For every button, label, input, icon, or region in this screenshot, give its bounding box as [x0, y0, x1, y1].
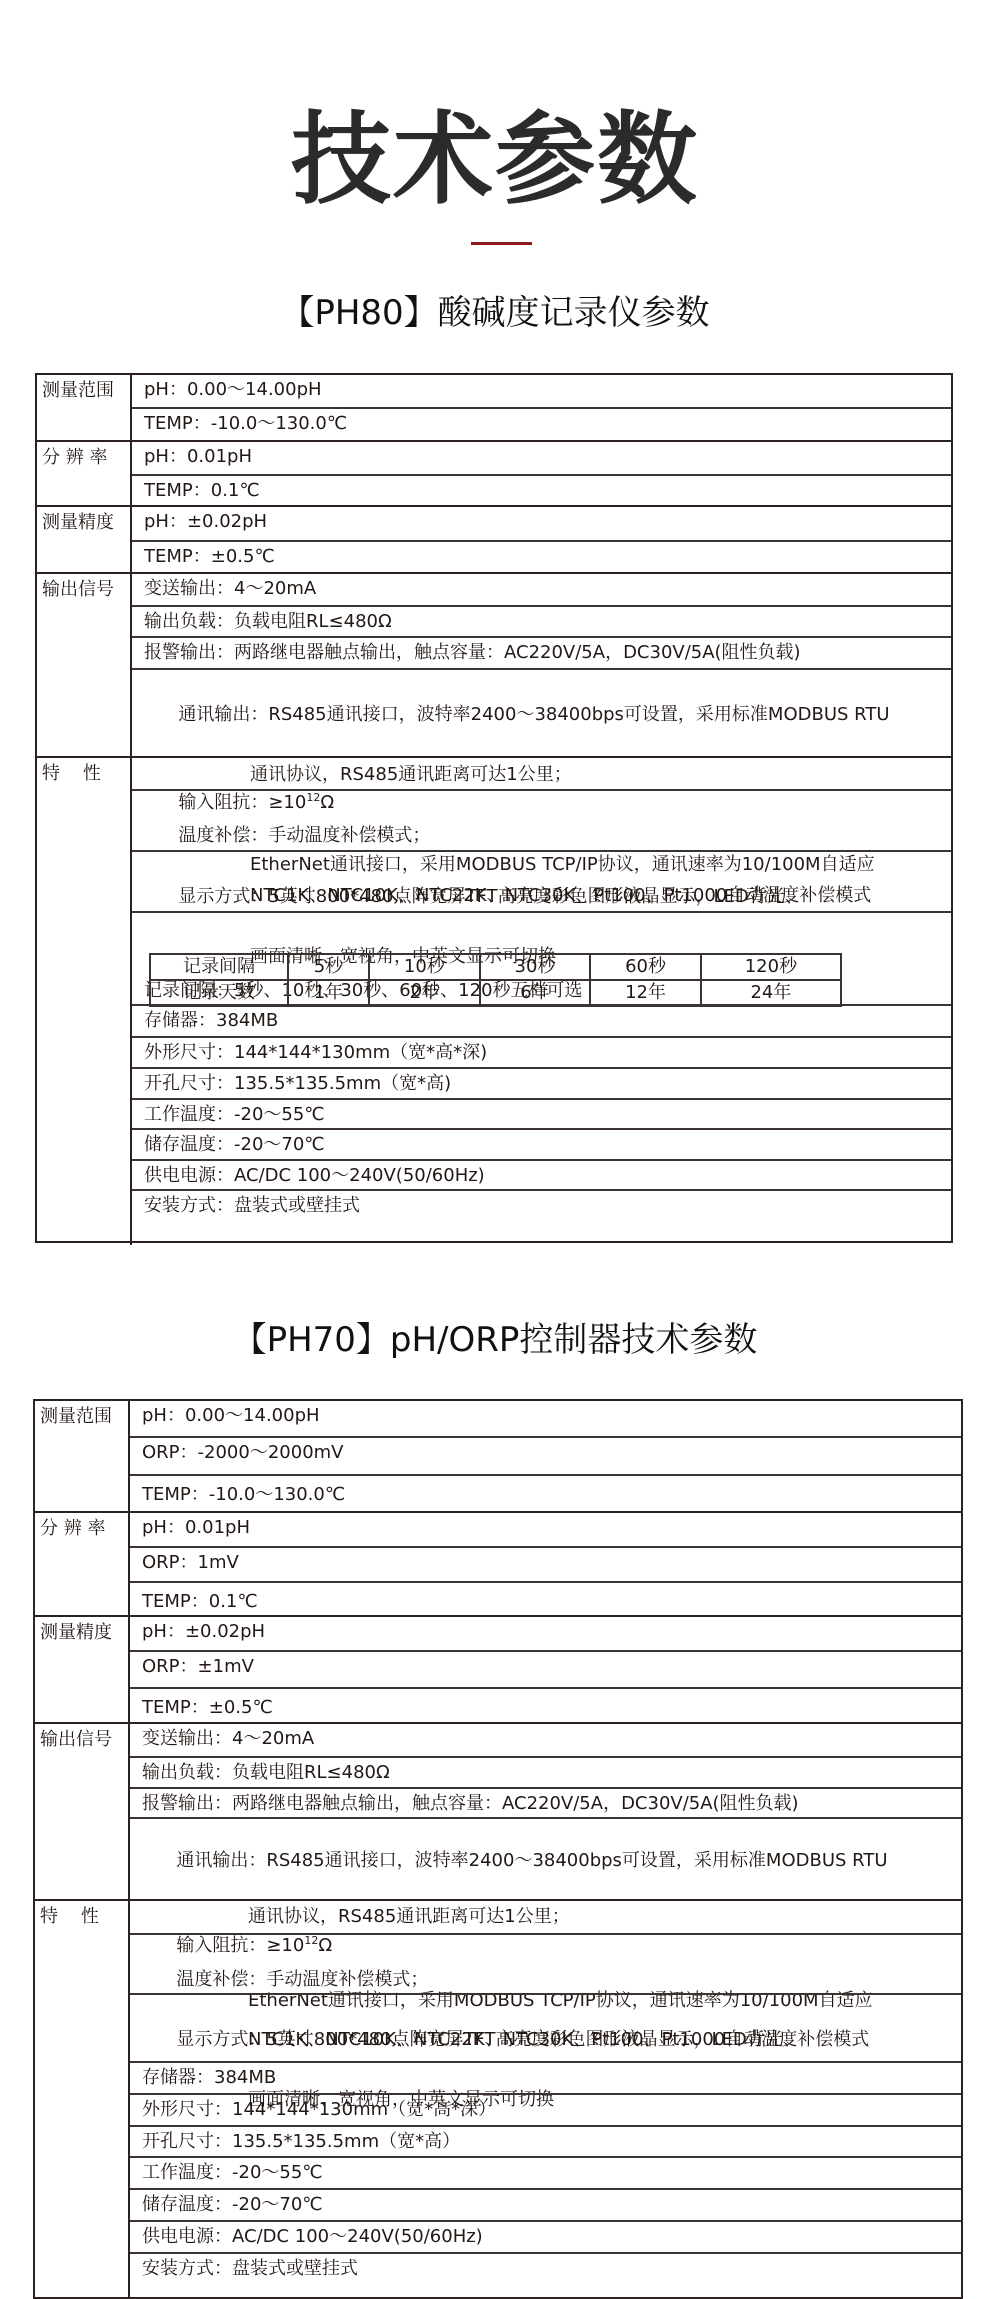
spec-row: TEMP：±0.5℃ [132, 540, 951, 574]
record-cell: 12年 [590, 980, 701, 1006]
spec-row: ORP：±1mV [130, 1650, 961, 1687]
section-label: 输出信号 [35, 1724, 130, 1899]
record-cell: 2年 [369, 980, 480, 1006]
spec-row-display: 显示方式：5英寸800*480点阵宽屏TFT高亮度彩色图形液晶显示，LED背光、… [132, 850, 951, 911]
spec-row: 安装方式：盘装式或壁挂式 [130, 2252, 961, 2299]
ph80-section-features: 特 性 输入阻抗：≥1012Ω 温度补偿：手动温度补偿模式； NTC1K、NTC… [37, 756, 951, 1245]
ph80-section-accuracy: 测量精度 pH：±0.02pH TEMP：±0.5℃ [37, 505, 951, 572]
spec-row-temp-comp: 温度补偿：手动温度补偿模式； NTC1K、NTC10K、NTC22K、NTC30… [130, 1933, 961, 1993]
record-cell: 5秒 [288, 954, 369, 980]
spec-row: pH：0.00～14.00pH [132, 375, 951, 407]
spec-row: 工作温度：-20～55℃ [130, 2156, 961, 2188]
spec-row-comm: 通讯输出：RS485通讯接口，波特率2400～38400bps可设置，采用标准M… [132, 668, 951, 758]
display-line: 5英寸800*480点阵宽屏TFT高亮度彩色图形液晶显示，LED背光、 [266, 2029, 800, 2050]
display-key: 显示方式： [176, 2025, 266, 2055]
page-title: 技术参数 [0, 100, 990, 220]
spec-row: TEMP：-10.0～130.0℃ [132, 407, 951, 440]
temp-comp-line: 手动温度补偿模式； [266, 1969, 428, 1990]
ph80-title: 【PH80】酸碱度记录仪参数 [0, 291, 990, 335]
display-line: 5英寸800*480点阵宽屏TFT高亮度彩色图形液晶显示，LED背光、 [268, 886, 802, 907]
ph80-spec-table: 测量范围 pH：0.00～14.00pH TEMP：-10.0～130.0℃ 分… [35, 373, 953, 1243]
display-key: 显示方式： [178, 882, 268, 912]
section-label: 特 性 [37, 758, 132, 1245]
ph80-section-resolution: 分 辨 率 pH：0.01pH TEMP：0.1℃ [37, 440, 951, 505]
section-label: 测量精度 [37, 507, 132, 572]
temp-comp-key: 温度补偿： [178, 821, 268, 851]
record-cell: 10秒 [369, 954, 480, 980]
spec-row-comm: 通讯输出：RS485通讯接口，波特率2400～38400bps可设置，采用标准M… [130, 1817, 961, 1901]
spec-row: pH：±0.02pH [132, 507, 951, 540]
spec-row: 工作温度：-20～55℃ [132, 1098, 951, 1128]
section-label: 测量范围 [37, 375, 132, 440]
ph80-section-range: 测量范围 pH：0.00～14.00pH TEMP：-10.0～130.0℃ [37, 375, 951, 440]
spec-row: 存储器：384MB [132, 1004, 951, 1036]
spec-row: TEMP：0.1℃ [130, 1581, 961, 1617]
spec-row: 供电电源：AC/DC 100～240V(50/60Hz) [132, 1159, 951, 1189]
spec-row: 开孔尺寸：135.5*135.5mm（宽*高) [132, 1067, 951, 1098]
spec-row: 报警输出：两路继电器触点输出，触点容量：AC220V/5A，DC30V/5A(阻… [132, 636, 951, 668]
ph70-section-output: 输出信号 变送输出：4～20mA 输出负载：负载电阻RL≤480Ω 报警输出：两… [35, 1722, 961, 1899]
spec-row: TEMP：-10.0～130.0℃ [130, 1474, 961, 1511]
section-label: 分 辨 率 [37, 442, 132, 505]
spec-row: 开孔尺寸：135.5*135.5mm（宽*高） [130, 2125, 961, 2156]
spec-row: 储存温度：-20～70℃ [130, 2188, 961, 2220]
record-cell: 记录天数 [150, 980, 288, 1006]
spec-row: pH：0.01pH [130, 1513, 961, 1546]
ph70-section-resolution: 分 辨 率 pH：0.01pH ORP：1mV TEMP：0.1℃ [35, 1511, 961, 1615]
spec-row: 输出负载：负载电阻RL≤480Ω [130, 1756, 961, 1787]
section-label: 测量精度 [35, 1617, 130, 1722]
spec-row: pH：0.00～14.00pH [130, 1401, 961, 1436]
spec-row-temp-comp: 温度补偿：手动温度补偿模式； NTC1K、NTC10K、NTC22K、NTC30… [132, 789, 951, 850]
spec-row: 存储器：384MB [130, 2061, 961, 2093]
ph70-spec-table: 测量范围 pH：0.00～14.00pH ORP：-2000～2000mV TE… [33, 1399, 963, 2299]
ph80-section-output: 输出信号 变送输出：4～20mA 输出负载：负载电阻RL≤480Ω 报警输出：两… [37, 572, 951, 756]
spec-row: ORP：1mV [130, 1546, 961, 1581]
record-cell: 6年 [480, 980, 591, 1006]
spec-row: TEMP：±0.5℃ [130, 1687, 961, 1724]
spec-row: 供电电源：AC/DC 100～240V(50/60Hz) [130, 2220, 961, 2252]
spec-row: 储存温度：-20～70℃ [132, 1128, 951, 1159]
record-cell: 60秒 [590, 954, 701, 980]
spec-row: 输出负载：负载电阻RL≤480Ω [132, 605, 951, 636]
section-label: 分 辨 率 [35, 1513, 130, 1615]
title-divider [471, 242, 532, 245]
spec-row: 变送输出：4～20mA [132, 574, 951, 605]
spec-row: 安装方式：盘装式或壁挂式 [132, 1189, 951, 1245]
temp-comp-key: 温度补偿： [176, 1965, 266, 1995]
comm-line: RS485通讯接口，波特率2400～38400bps可设置，采用标准MODBUS… [266, 1850, 887, 1871]
spec-row: pH：0.01pH [132, 442, 951, 474]
record-table-row: 记录间隔 5秒 10秒 30秒 60秒 120秒 [150, 954, 841, 980]
record-cell: 30秒 [480, 954, 591, 980]
record-cell: 记录间隔 [150, 954, 288, 980]
spec-row: TEMP：0.1℃ [132, 474, 951, 507]
ph70-title: 【PH70】pH/ORP控制器技术参数 [0, 1318, 990, 1362]
section-label: 测量范围 [35, 1401, 130, 1511]
record-cell: 24年 [701, 980, 841, 1006]
comm-line: RS485通讯接口，波特率2400～38400bps可设置，采用标准MODBUS… [268, 704, 889, 725]
spec-row: 输入阻抗：≥1012Ω [132, 758, 951, 789]
ph70-section-accuracy: 测量精度 pH：±0.02pH ORP：±1mV TEMP：±0.5℃ [35, 1615, 961, 1722]
spec-row-display: 显示方式：5英寸800*480点阵宽屏TFT高亮度彩色图形液晶显示，LED背光、… [130, 1993, 961, 2061]
ph70-section-range: 测量范围 pH：0.00～14.00pH ORP：-2000～2000mV TE… [35, 1401, 961, 1511]
comm-key: 通讯输出： [178, 700, 268, 730]
record-table: 记录间隔 5秒 10秒 30秒 60秒 120秒 记录天数 1年 2年 6年 1… [149, 953, 842, 1007]
spec-row: 外形尺寸：144*144*130mm（宽*高*深) [132, 1036, 951, 1067]
spec-row: 报警输出：两路继电器触点输出，触点容量：AC220V/5A，DC30V/5A(阻… [130, 1787, 961, 1817]
spec-row: ORP：-2000～2000mV [130, 1436, 961, 1474]
record-table-row: 记录天数 1年 2年 6年 12年 24年 [150, 980, 841, 1006]
section-label: 特 性 [35, 1901, 130, 2299]
spec-row-record: 记录间隔：5秒、10秒、30秒、60秒、120秒五档可选 记录间隔 5秒 10秒… [132, 911, 951, 1004]
section-label: 输出信号 [37, 574, 132, 756]
record-cell: 120秒 [701, 954, 841, 980]
spec-row: 变送输出：4～20mA [130, 1724, 961, 1756]
spec-row: 外形尺寸：144*144*130mm（宽*高*深） [130, 2093, 961, 2125]
spec-row: pH：±0.02pH [130, 1617, 961, 1650]
ph70-section-features: 特 性 输入阻抗：≥1012Ω 温度补偿：手动温度补偿模式； NTC1K、NTC… [35, 1899, 961, 2299]
record-cell: 1年 [288, 980, 369, 1006]
spec-row: 输入阻抗：≥1012Ω [130, 1901, 961, 1933]
comm-key: 通讯输出： [176, 1847, 266, 1875]
temp-comp-line: 手动温度补偿模式； [268, 825, 430, 846]
